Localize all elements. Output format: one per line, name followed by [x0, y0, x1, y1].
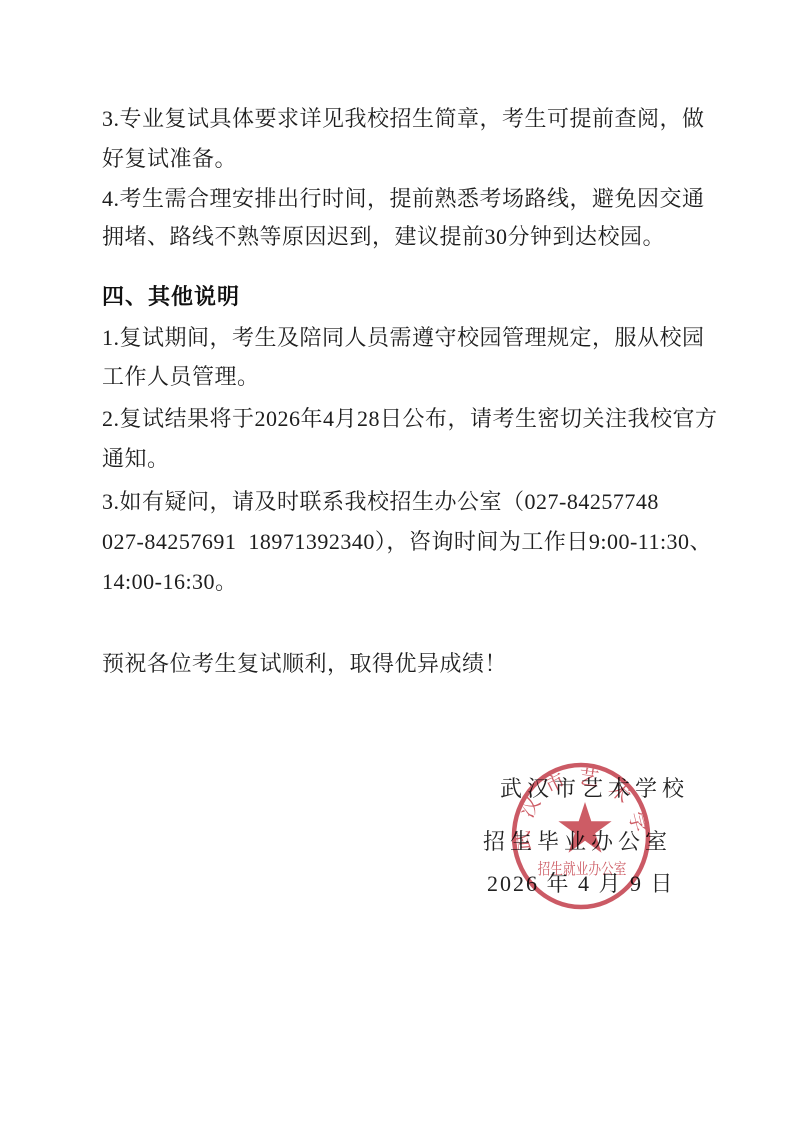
- other-2-line-1: 2.复试结果将于2026年4月28日公布，请考生密切关注我校官方: [102, 399, 708, 439]
- official-seal-stamp: 武汉市艺术学校 招生就业办公室: [503, 758, 659, 918]
- paragraph-3-line-1: 3.专业复试具体要求详见我校招生简章，考生可提前查阅，做: [102, 99, 708, 139]
- other-1-line-1: 1.复试期间，考生及陪同人员需遵守校园管理规定，服从校园: [102, 318, 708, 358]
- other-3-line-2: 027-84257691 18971392340），咨询时间为工作日9:00-1…: [102, 522, 708, 562]
- section-heading-other-notes: 四、其他说明: [102, 277, 708, 317]
- notice-document-page: 3.专业复试具体要求详见我校招生简章，考生可提前查阅，做 好复试准备。 4.考生…: [0, 0, 800, 1131]
- other-3-line-1: 3.如有疑问，请及时联系我校招生办公室（027-84257748: [102, 482, 708, 522]
- closing-wish-line: 预祝各位考生复试顺利，取得优异成绩！: [102, 644, 708, 684]
- paragraph-4-line-1: 4.考生需合理安排出行时间，提前熟悉考场路线，避免因交通: [102, 179, 708, 219]
- seal-bottom-text: 招生就业办公室: [538, 860, 627, 879]
- other-1-line-2: 工作人员管理。: [102, 357, 708, 397]
- other-3-line-3: 14:00-16:30。: [102, 562, 708, 602]
- other-2-line-2: 通知。: [102, 439, 708, 479]
- paragraph-3-line-2: 好复试准备。: [102, 139, 708, 179]
- seal-star-icon: [558, 802, 611, 853]
- paragraph-4-line-2: 拥堵、路线不熟等原因迟到，建议提前30分钟到达校园。: [102, 217, 708, 257]
